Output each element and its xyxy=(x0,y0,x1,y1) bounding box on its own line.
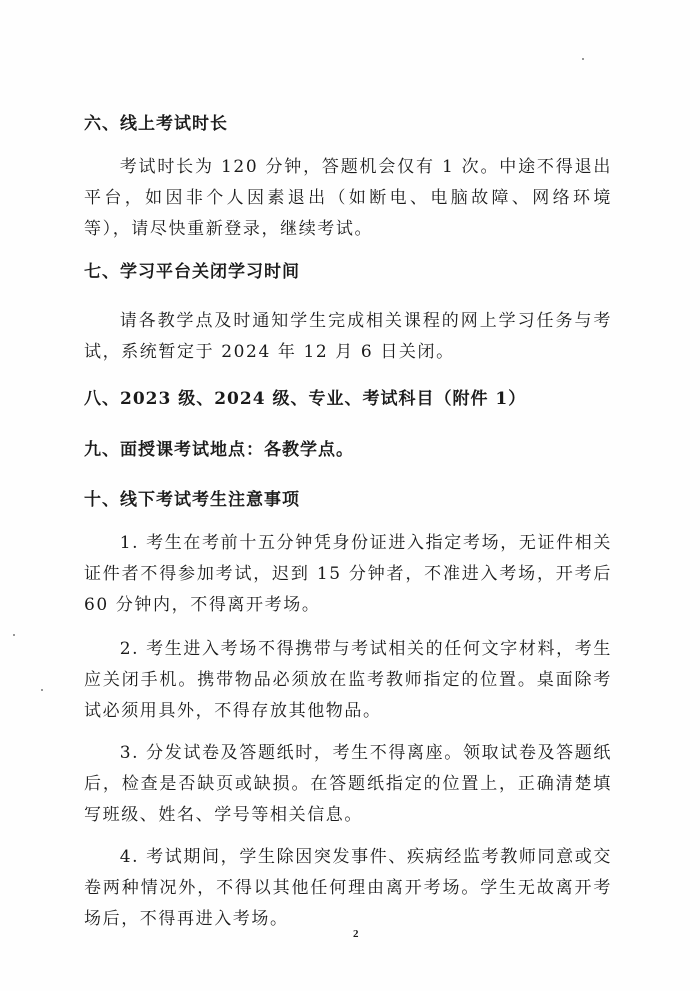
section-heading-6: 六、线上考试时长 xyxy=(84,110,228,138)
scan-speck xyxy=(41,689,43,691)
rule-item-3: 3. 分发试卷及答题纸时，考生不得离座。领取试卷及答题纸后，检查是否缺页或缺损。… xyxy=(84,738,612,831)
page-number: 2 xyxy=(353,928,359,940)
scan-speck xyxy=(13,634,15,636)
document-page: 六、线上考试时长 考试时长为 120 分钟，答题机会仅有 1 次。中途不得退出平… xyxy=(0,0,700,991)
section-heading-7: 七、学习平台关闭学习时间 xyxy=(84,258,300,286)
section-heading-8: 八、2023 级、2024 级、专业、考试科目（附件 1） xyxy=(84,385,526,413)
section-6-paragraph: 考试时长为 120 分钟，答题机会仅有 1 次。中途不得退出平台，如因非个人因素… xyxy=(84,152,612,245)
rule-item-1: 1. 考生在考前十五分钟凭身份证进入指定考场，无证件相关证件者不得参加考试，迟到… xyxy=(84,528,612,621)
section-heading-10: 十、线下考试考生注意事项 xyxy=(84,486,300,514)
rule-item-4: 4. 考试期间，学生除因突发事件、疾病经监考教师同意或交卷两种情况外，不得以其他… xyxy=(84,842,612,935)
scan-speck xyxy=(582,58,584,60)
rule-item-2: 2. 考生进入考场不得携带与考试相关的任何文字材料，考生应关闭手机。携带物品必须… xyxy=(84,634,612,727)
section-heading-9: 九、面授课考试地点：各教学点。 xyxy=(84,436,354,464)
section-7-paragraph: 请各教学点及时通知学生完成相关课程的网上学习任务与考试，系统暂定于 2024 年… xyxy=(84,306,612,368)
